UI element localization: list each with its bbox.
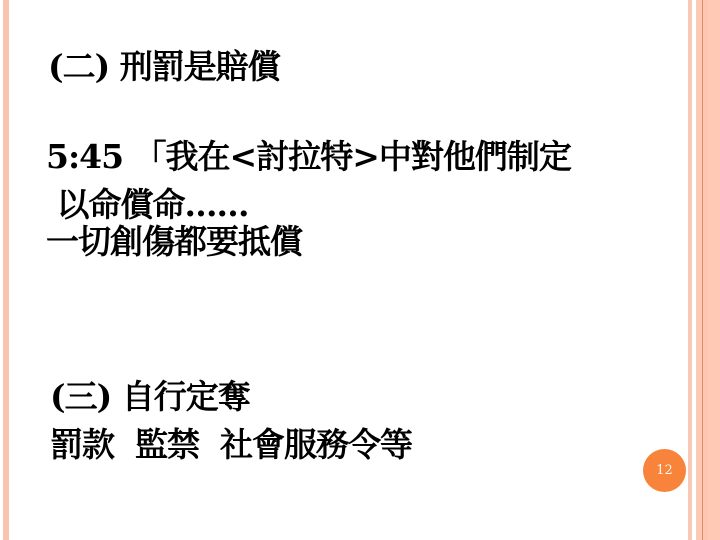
heading-punishment-is-compensation: (二) 刑罰是賠償	[48, 50, 280, 83]
left-border-bar	[3, 0, 9, 540]
quote-line-2: 以命償命……	[46, 188, 249, 221]
quote-line-3: 一切創傷都要抵償	[46, 225, 302, 258]
right-decorative-stripes	[688, 0, 720, 540]
quote-line-1: 5:45 「我在<討拉特>中對他們制定	[46, 140, 571, 173]
heading-discretionary: (三) 自行定奪	[50, 380, 250, 413]
slide: (二) 刑罰是賠償 5:45 「我在<討拉特>中對他們制定 以命償命…… 一切創…	[0, 0, 720, 540]
stripe	[708, 0, 720, 540]
page-number-badge: 12	[643, 449, 686, 492]
penalty-items: 罰款 監禁 社會服務令等	[50, 428, 412, 461]
